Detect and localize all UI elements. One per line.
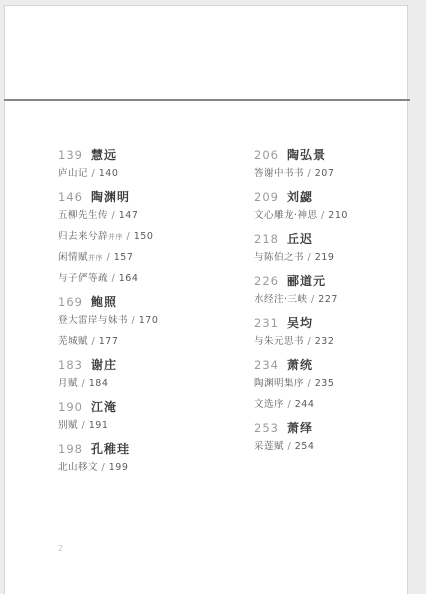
author-name: 慧远: [91, 148, 117, 162]
work-page-number: 207: [315, 168, 335, 179]
author-name: 吴均: [287, 316, 313, 330]
toc-section: 146陶渊明五柳先生传 / 147归去来兮辞并序 / 150闲情赋并序 / 15…: [58, 188, 238, 285]
section-start-page: 139: [58, 148, 83, 162]
section-start-page: 234: [254, 358, 279, 372]
toc-work-entry: 采莲赋 / 254: [254, 440, 426, 453]
work-page-number: 235: [315, 378, 335, 389]
toc-work-entry: 登大雷岸与妹书 / 170: [58, 314, 238, 327]
section-start-page: 190: [58, 400, 83, 414]
toc-work-entry: 归去来兮辞并序 / 150: [58, 230, 238, 243]
separator: /: [78, 378, 89, 389]
work-title: 归去来兮辞: [58, 231, 108, 242]
work-page-number: 147: [119, 210, 139, 221]
separator: /: [88, 336, 99, 347]
separator: /: [304, 378, 315, 389]
author-name: 陶弘景: [287, 148, 326, 162]
toc-work-entry: 答谢中书书 / 207: [254, 167, 426, 180]
toc-work-entry: 文选序 / 244: [254, 398, 426, 411]
work-page-number: 227: [318, 294, 338, 305]
work-title: 芜城赋: [58, 336, 88, 347]
section-start-page: 146: [58, 190, 83, 204]
toc-section: 190江淹别赋 / 191: [58, 398, 238, 432]
work-page-number: 244: [295, 399, 315, 410]
work-page-number: 184: [89, 378, 109, 389]
work-title: 文心雕龙·神思: [254, 210, 318, 221]
section-start-page: 169: [58, 295, 83, 309]
work-title: 北山移文: [58, 462, 98, 473]
toc-author-heading: 139慧远: [58, 146, 238, 161]
toc-work-entry: 与子俨等疏 / 164: [58, 272, 238, 285]
toc-author-heading: 206陶弘景: [254, 146, 426, 161]
work-title: 庐山记: [58, 168, 88, 179]
separator: /: [88, 168, 99, 179]
toc-section: 234萧统陶渊明集序 / 235文选序 / 244: [254, 356, 426, 411]
toc-section: 169鲍照登大雷岸与妹书 / 170芜城赋 / 177: [58, 293, 238, 348]
toc-work-entry: 水经注·三峡 / 227: [254, 293, 426, 306]
work-title: 别赋: [58, 420, 78, 431]
author-name: 鲍照: [91, 295, 117, 309]
section-start-page: 183: [58, 358, 83, 372]
toc-work-entry: 芜城赋 / 177: [58, 335, 238, 348]
work-title: 采莲赋: [254, 441, 284, 452]
previous-page-bottom: [4, 5, 408, 99]
toc-work-entry: 月赋 / 184: [58, 377, 238, 390]
toc-section: 206陶弘景答谢中书书 / 207: [254, 146, 426, 180]
toc-author-heading: 218丘迟: [254, 230, 426, 245]
toc-author-heading: 231吴均: [254, 314, 426, 329]
separator: /: [284, 441, 295, 452]
toc-section: 198孔稚珪北山移文 / 199: [58, 440, 238, 474]
work-page-number: 170: [139, 315, 159, 326]
toc-section: 209刘勰文心雕龙·神思 / 210: [254, 188, 426, 222]
separator: /: [304, 168, 315, 179]
author-name: 萧绎: [287, 421, 313, 435]
toc-section: 218丘迟与陈伯之书 / 219: [254, 230, 426, 264]
table-of-contents-page: 139慧远庐山记 / 140146陶渊明五柳先生传 / 147归去来兮辞并序 /…: [4, 101, 408, 594]
work-page-number: 150: [134, 231, 154, 242]
toc-work-entry: 北山移文 / 199: [58, 461, 238, 474]
work-title: 与陈伯之书: [254, 252, 304, 263]
toc-author-heading: 169鲍照: [58, 293, 238, 308]
section-start-page: 253: [254, 421, 279, 435]
toc-section: 253萧绎采莲赋 / 254: [254, 419, 426, 453]
separator: /: [318, 210, 329, 221]
work-note: 并序: [108, 233, 123, 241]
separator: /: [123, 231, 134, 242]
work-title: 与子俨等疏: [58, 273, 108, 284]
work-title: 陶渊明集序: [254, 378, 304, 389]
work-title: 闲情赋: [58, 252, 88, 263]
work-title: 文选序: [254, 399, 284, 410]
toc-column-left: 139慧远庐山记 / 140146陶渊明五柳先生传 / 147归去来兮辞并序 /…: [58, 146, 238, 482]
author-name: 谢庄: [91, 358, 117, 372]
separator: /: [103, 252, 114, 263]
toc-work-entry: 别赋 / 191: [58, 419, 238, 432]
work-page-number: 191: [89, 420, 109, 431]
toc-section: 183谢庄月赋 / 184: [58, 356, 238, 390]
pdf-viewport: 139慧远庐山记 / 140146陶渊明五柳先生传 / 147归去来兮辞并序 /…: [0, 0, 426, 594]
work-page-number: 232: [315, 336, 335, 347]
toc-author-heading: 209刘勰: [254, 188, 426, 203]
toc-section: 226郦道元水经注·三峡 / 227: [254, 272, 426, 306]
section-start-page: 198: [58, 442, 83, 456]
separator: /: [304, 336, 315, 347]
work-title: 与朱元思书: [254, 336, 304, 347]
work-page-number: 210: [328, 210, 348, 221]
work-page-number: 219: [315, 252, 335, 263]
toc-work-entry: 五柳先生传 / 147: [58, 209, 238, 222]
toc-author-heading: 146陶渊明: [58, 188, 238, 203]
toc-work-entry: 与朱元思书 / 232: [254, 335, 426, 348]
separator: /: [308, 294, 319, 305]
separator: /: [108, 210, 119, 221]
author-name: 丘迟: [287, 232, 313, 246]
section-start-page: 218: [254, 232, 279, 246]
section-start-page: 231: [254, 316, 279, 330]
author-name: 陶渊明: [91, 190, 130, 204]
toc-author-heading: 253萧绎: [254, 419, 426, 434]
toc-author-heading: 183谢庄: [58, 356, 238, 371]
author-name: 刘勰: [287, 190, 313, 204]
work-title: 水经注·三峡: [254, 294, 308, 305]
section-start-page: 226: [254, 274, 279, 288]
work-page-number: 157: [114, 252, 134, 263]
work-title: 登大雷岸与妹书: [58, 315, 128, 326]
author-name: 萧统: [287, 358, 313, 372]
separator: /: [304, 252, 315, 263]
separator: /: [108, 273, 119, 284]
work-page-number: 164: [119, 273, 139, 284]
author-name: 孔稚珪: [91, 442, 130, 456]
separator: /: [128, 315, 139, 326]
work-page-number: 254: [295, 441, 315, 452]
toc-author-heading: 198孔稚珪: [58, 440, 238, 455]
separator: /: [98, 462, 109, 473]
toc-work-entry: 文心雕龙·神思 / 210: [254, 209, 426, 222]
work-title: 五柳先生传: [58, 210, 108, 221]
toc-work-entry: 陶渊明集序 / 235: [254, 377, 426, 390]
section-start-page: 206: [254, 148, 279, 162]
separator: /: [284, 399, 295, 410]
separator: /: [78, 420, 89, 431]
work-note: 并序: [88, 254, 103, 262]
work-page-number: 199: [109, 462, 129, 473]
work-title: 答谢中书书: [254, 168, 304, 179]
toc-author-heading: 234萧统: [254, 356, 426, 371]
toc-work-entry: 与陈伯之书 / 219: [254, 251, 426, 264]
toc-section: 231吴均与朱元思书 / 232: [254, 314, 426, 348]
section-start-page: 209: [254, 190, 279, 204]
author-name: 郦道元: [287, 274, 326, 288]
work-title: 月赋: [58, 378, 78, 389]
folio-page-number: 2: [58, 544, 63, 553]
toc-column-right: 206陶弘景答谢中书书 / 207209刘勰文心雕龙·神思 / 210218丘迟…: [254, 146, 426, 461]
toc-author-heading: 190江淹: [58, 398, 238, 413]
author-name: 江淹: [91, 400, 117, 414]
toc-author-heading: 226郦道元: [254, 272, 426, 287]
work-page-number: 177: [99, 336, 119, 347]
toc-section: 139慧远庐山记 / 140: [58, 146, 238, 180]
toc-work-entry: 庐山记 / 140: [58, 167, 238, 180]
work-page-number: 140: [99, 168, 119, 179]
toc-work-entry: 闲情赋并序 / 157: [58, 251, 238, 264]
